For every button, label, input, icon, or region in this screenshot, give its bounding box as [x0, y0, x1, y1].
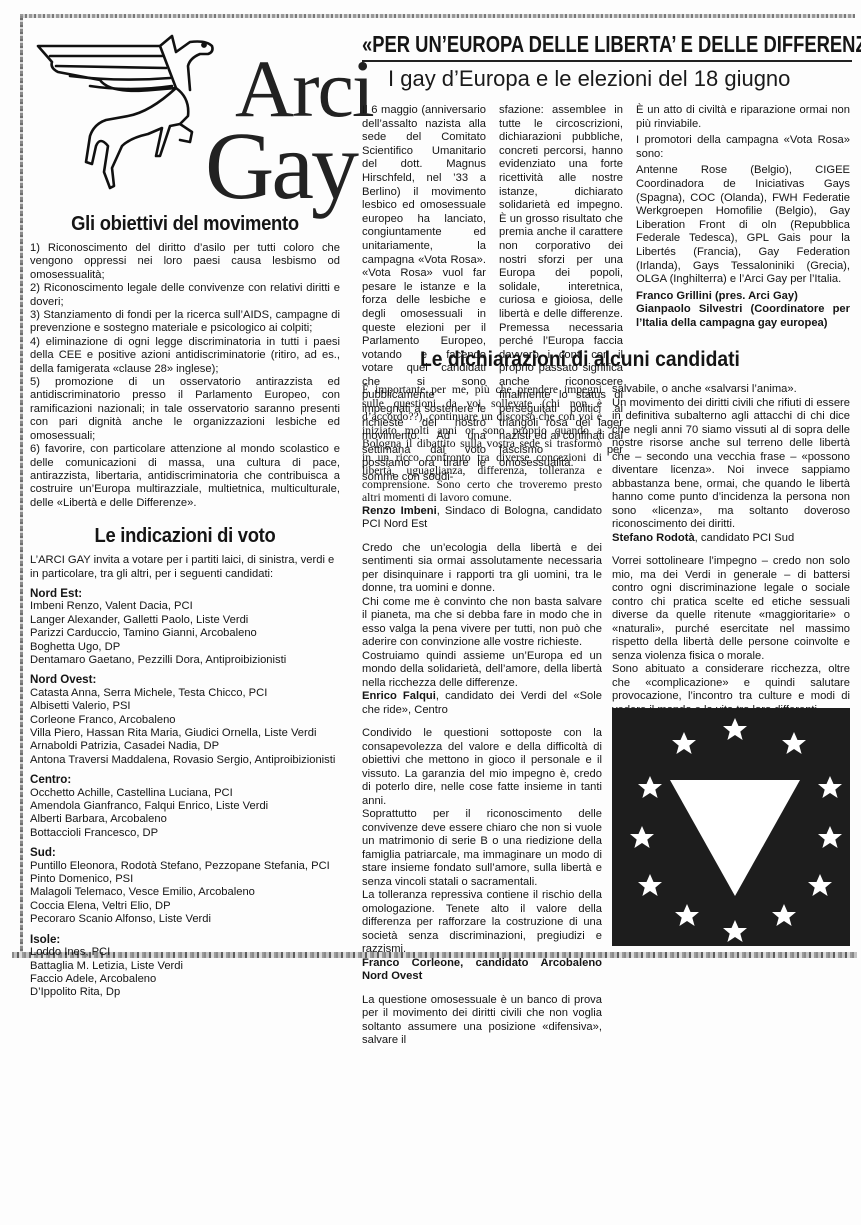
signature-name: Stefano Rodotà: [612, 532, 695, 544]
headline-divider: [362, 60, 852, 62]
candidate-line: Albisetti Valerio, PSI: [30, 700, 340, 713]
candidate-line: D’Ippolito Rita, Dp: [30, 986, 340, 999]
pegasus-icon: [30, 28, 230, 198]
statements-heading: Le dichiarazioni di alcuni candidati: [420, 348, 740, 372]
statement-text: Chi come me è convinto che non basta sal…: [362, 596, 602, 650]
objectives-heading: Gli obiettivi del movimento: [42, 212, 327, 236]
statement-text: Soprattutto per il riconoscimento delle …: [362, 808, 602, 889]
region-sud: Sud: Puntillo Eleonora, Rodotà Stefano, …: [30, 846, 340, 926]
voting-heading: Le indicazioni di voto: [42, 524, 327, 548]
statements-right-column: salvabile, o anche «salvarsi l’anima». U…: [612, 383, 850, 744]
logo-text-gay: Gay: [205, 118, 356, 214]
candidate-line: Arnaboldi Patrizia, Casadei Nadia, DP: [30, 740, 340, 753]
candidate-line: Occhetto Achille, Castellina Luciana, PC…: [30, 787, 340, 800]
candidate-line: Amendola Gianfranco, Falqui Enrico, List…: [30, 800, 340, 813]
statement-text: salvabile, o anche «salvarsi l’anima».: [612, 383, 850, 397]
objective-item: 1) Riconoscimento del diritto d’asilo pe…: [30, 242, 340, 282]
article-text: Antenne Rose (Belgio), CIGEE Coordinador…: [636, 164, 850, 286]
voting-intro: L’ARCI GAY invita a votare per i partiti…: [30, 554, 340, 581]
subheadline: I gay d’Europa e le elezioni del 18 giug…: [388, 64, 790, 94]
statement-text: È importante per me, più che prendere im…: [362, 383, 602, 505]
candidate-line: Pinto Domenico, PSI: [30, 873, 340, 886]
signature-name: Franco Corleone: [362, 957, 460, 969]
statement-text: Condivido le questioni sottoposte con la…: [362, 727, 602, 808]
candidate-line: Villa Piero, Hassan Rita Maria, Giudici …: [30, 727, 340, 740]
objective-item: 4) eliminazione di ogni legge discrimina…: [30, 336, 340, 376]
region-title: Nord Ovest:: [30, 673, 340, 686]
article-text: I promotori della campagna «Vota Rosa» s…: [636, 134, 850, 161]
candidate-line: Coccia Elena, Veltri Elio, DP: [30, 900, 340, 913]
candidate-line: Faccio Adele, Arcobaleno: [30, 973, 340, 986]
signature-role: , candidato PCI Sud: [695, 532, 795, 544]
left-column: Gli obiettivi del movimento 1) Riconosci…: [30, 212, 340, 1000]
candidate-line: Imbeni Renzo, Valent Dacia, PCI: [30, 600, 340, 613]
signature-name: Enrico Falqui: [362, 690, 436, 702]
objective-item: 2) Riconoscimento legale delle convivenz…: [30, 282, 340, 309]
candidate-line: Battaglia M. Letizia, Liste Verdi: [30, 960, 340, 973]
statement-signature: Stefano Rodotà, candidato PCI Sud: [612, 532, 850, 546]
article-column-3: È un atto di civiltà e riparazione ormai…: [636, 104, 850, 331]
region-centro: Centro: Occhetto Achille, Castellina Luc…: [30, 773, 340, 840]
candidate-line: Malagoli Telemaco, Vesce Emilio, Arcobal…: [30, 886, 340, 899]
candidate-line: Loddo Ines, PCI: [30, 946, 340, 959]
triangle-and-stars-icon: [612, 708, 850, 946]
statement-text: Un movimento dei diritti civili che rifi…: [612, 397, 850, 532]
arci-gay-logo: Arci Gay: [30, 28, 350, 198]
scan-border-left: [20, 16, 23, 956]
region-title: Isole:: [30, 933, 340, 946]
statement-signature: Renzo Imbeni, Sindaco di Bologna, candid…: [362, 505, 602, 532]
signature-name: Renzo Imbeni: [362, 505, 437, 517]
statement-text: La questione omosessuale è un banco di p…: [362, 994, 602, 1048]
statement-text: Vorrei sottolineare l’impegno – credo no…: [612, 555, 850, 663]
pink-triangle-eu-stars-image: [612, 708, 850, 946]
candidate-line: Bottaccioli Francesco, DP: [30, 827, 340, 840]
objective-item: 6) favorire, con particolare attenzione …: [30, 443, 340, 510]
region-nord-ovest: Nord Ovest: Catasta Anna, Serra Michele,…: [30, 673, 340, 767]
candidate-line: Langer Alexander, Galletti Paolo, Liste …: [30, 614, 340, 627]
signature: Gianpaolo Silvestri (Coordinatore per l’…: [636, 303, 850, 330]
statement-text: La tolleranza repressiva contiene il ris…: [362, 889, 602, 957]
region-isole: Isole: Loddo Ines, PCI Battaglia M. Leti…: [30, 933, 340, 1000]
candidate-line: Alberti Barbara, Arcobaleno: [30, 813, 340, 826]
main-headline: «PER UN’EUROPA DELLE LIBERTA’ E DELLE DI…: [362, 30, 754, 58]
region-title: Sud:: [30, 846, 340, 859]
statements-left-column: È importante per me, più che prendere im…: [362, 383, 602, 1048]
statement-signature: Enrico Falqui, candidato dei Verdi del «…: [362, 690, 602, 717]
statement-text: Costruiamo quindi assieme un’Europa ed u…: [362, 650, 602, 691]
objective-item: 3) Stanziamento di fondi per la ricerca …: [30, 309, 340, 336]
candidate-line: Boghetta Ugo, DP: [30, 641, 340, 654]
statement-text: Credo che un’ecologia della libertà e de…: [362, 542, 602, 596]
candidate-line: Corleone Franco, Arcobaleno: [30, 714, 340, 727]
region-nord-est: Nord Est: Imbeni Renzo, Valent Dacia, PC…: [30, 587, 340, 667]
article-text: È un atto di civiltà e riparazione ormai…: [636, 104, 850, 131]
statement-signature: Franco Corleone, candidato Arcobaleno No…: [362, 957, 602, 984]
signature: Franco Grillini (pres. Arci Gay): [636, 290, 850, 304]
candidate-line: Antona Traversi Maddalena, Rovasio Sergi…: [30, 754, 340, 767]
candidate-line: Dentamaro Gaetano, Pezzilli Dora, Antipr…: [30, 654, 340, 667]
candidate-line: Puntillo Eleonora, Rodotà Stefano, Pezzo…: [30, 860, 340, 873]
region-title: Nord Est:: [30, 587, 340, 600]
scan-border-top: [20, 14, 855, 18]
candidate-line: Parizzi Carduccio, Tamino Gianni, Arcoba…: [30, 627, 340, 640]
objective-item: 5) promozione di un osservatorio antiraz…: [30, 376, 340, 443]
region-title: Centro:: [30, 773, 340, 786]
candidate-line: Pecoraro Scanio Alfonso, Liste Verdi: [30, 913, 340, 926]
candidate-line: Catasta Anna, Serra Michele, Testa Chicc…: [30, 687, 340, 700]
newspaper-page: Arci Gay Gli obiettivi del movimento 1) …: [0, 0, 861, 1225]
